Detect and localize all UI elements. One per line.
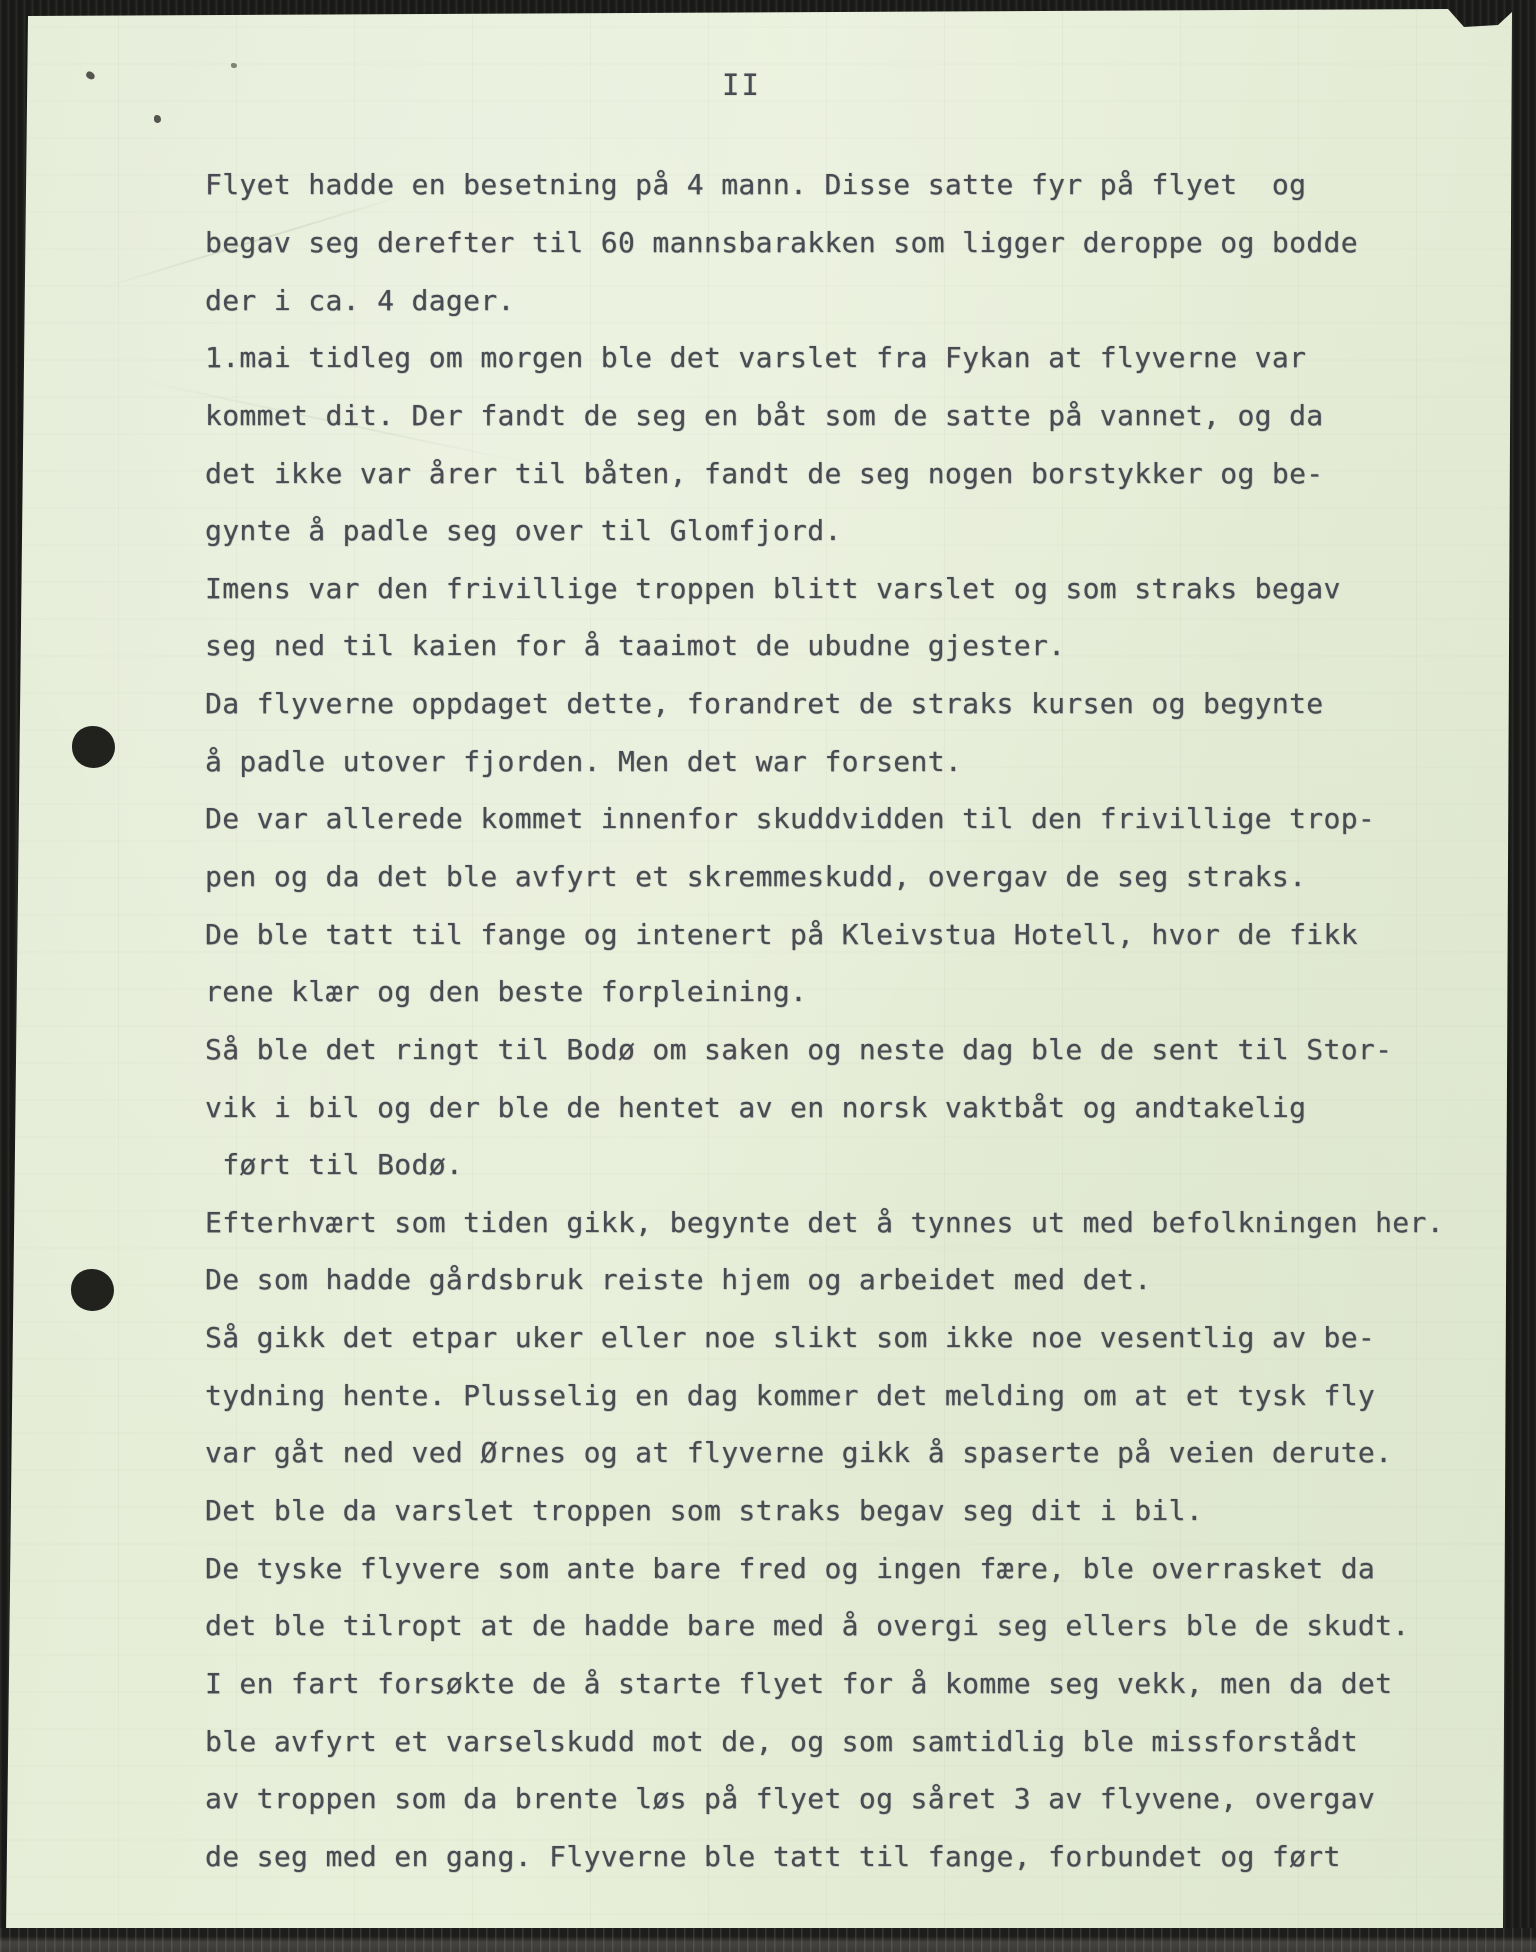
text-line: Så ble det ringt til Bodø om saken og ne…: [205, 1021, 1495, 1079]
typewritten-text: Flyet hadde en besetning på 4 mann. Diss…: [205, 156, 1495, 1885]
scanned-document-page: II Flyet hadde en besetning på 4 mann. D…: [0, 0, 1536, 1952]
hole-punch-bottom: [71, 1269, 114, 1311]
paper-speck: [85, 70, 96, 80]
text-line: De var allerede kommet innenfor skuddvid…: [205, 790, 1495, 848]
text-line: seg ned til kaien for å taaimot de ubudn…: [205, 617, 1495, 675]
text-line: Flyet hadde en besetning på 4 mann. Diss…: [205, 156, 1495, 214]
text-line: gynte å padle seg over til Glomfjord.: [205, 502, 1495, 560]
text-line: de seg med en gang. Flyverne ble tatt ti…: [205, 1828, 1495, 1886]
text-line: pen og da det ble avfyrt et skremmeskudd…: [205, 848, 1495, 906]
paper-sheet: II Flyet hadde en besetning på 4 mann. D…: [0, 0, 1536, 1952]
text-line: rene klær og den beste forpleining.: [205, 963, 1495, 1021]
text-line: Efterhvært som tiden gikk, begynte det å…: [205, 1194, 1495, 1252]
text-line: 1.mai tidleg om morgen ble det varslet f…: [205, 329, 1495, 387]
paper-speck: [154, 115, 161, 123]
text-line: I en fart forsøkte de å starte flyet for…: [205, 1655, 1495, 1713]
text-line: Det ble da varslet troppen som straks be…: [205, 1482, 1495, 1540]
text-line: Så gikk det etpar uker eller noe slikt s…: [205, 1309, 1495, 1367]
scanner-bed-edge: [0, 1928, 1536, 1952]
text-line: av troppen som da brente løs på flyet og…: [205, 1770, 1495, 1828]
text-line: ble avfyrt et varselskudd mot de, og som…: [205, 1712, 1495, 1770]
text-line: De tyske flyvere som ante bare fred og i…: [205, 1539, 1495, 1597]
text-line: det ble tilropt at de hadde bare med å o…: [205, 1597, 1495, 1655]
text-line: De som hadde gårdsbruk reiste hjem og ar…: [205, 1251, 1495, 1309]
text-line: De ble tatt til fange og intenert på Kle…: [205, 905, 1495, 963]
text-line: der i ca. 4 dager.: [205, 271, 1495, 329]
text-line: var gåt ned ved Ørnes og at flyverne gik…: [205, 1424, 1495, 1482]
page-number: II: [722, 68, 761, 102]
text-line: tydning hente. Plusselig en dag kommer d…: [205, 1366, 1495, 1424]
text-line: Da flyverne oppdaget dette, forandret de…: [205, 675, 1495, 733]
text-line: begav seg derefter til 60 mannsbarakken …: [205, 214, 1495, 272]
text-line: vik i bil og der ble de hentet av en nor…: [205, 1078, 1495, 1136]
text-line: ført til Bodø.: [205, 1136, 1495, 1194]
text-line: Imens var den frivillige troppen blitt v…: [205, 559, 1495, 617]
text-line: det ikke var årer til båten, fandt de se…: [205, 444, 1495, 502]
text-line: å padle utover fjorden. Men det war fors…: [205, 732, 1495, 790]
paper-speck: [231, 63, 237, 68]
hole-punch-top: [72, 726, 115, 768]
text-line: kommet dit. Der fandt de seg en båt som …: [205, 387, 1495, 445]
